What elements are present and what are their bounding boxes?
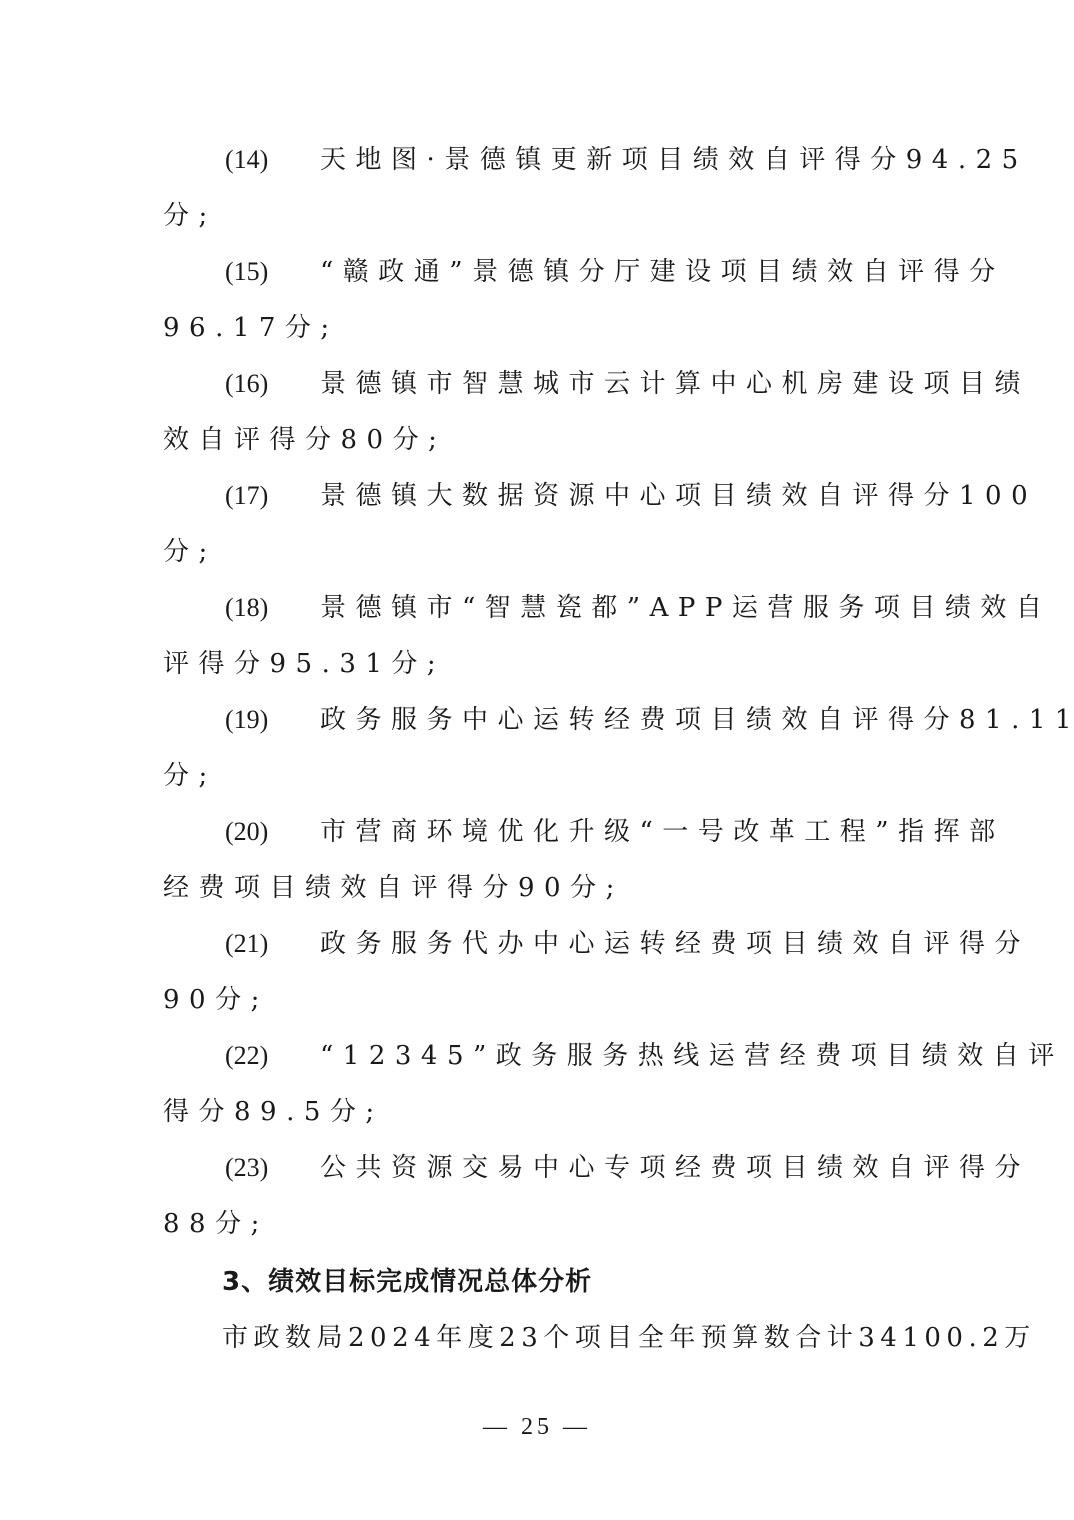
item-number: (21): [225, 924, 320, 964]
item-text: 景德镇市“智慧瓷都”APP运营服务项目绩效自: [320, 593, 1051, 623]
section-heading: 3、绩效目标完成情况总体分析: [222, 1262, 592, 1302]
list-item-20-line2: 经费项目绩效自评得分90分;: [163, 868, 913, 908]
item-number: (14): [225, 140, 320, 180]
list-item-21-line2: 90分;: [163, 980, 913, 1020]
item-number: (19): [225, 700, 320, 740]
list-item-22-line1: (22)“12345”政务服务热线运营经费项目绩效自评: [163, 1036, 913, 1076]
list-item-17-line1: (17)景德镇大数据资源中心项目绩效自评得分100: [163, 476, 913, 516]
list-item-14-line2: 分;: [163, 196, 913, 236]
list-item-21-line1: (21)政务服务代办中心运转经费项目绩效自评得分: [163, 924, 913, 964]
item-text: 公共资源交易中心专项经费项目绩效自评得分: [320, 1153, 1030, 1183]
item-text: 政务服务代办中心运转经费项目绩效自评得分: [320, 929, 1030, 959]
list-item-23-line1: (23)公共资源交易中心专项经费项目绩效自评得分: [163, 1148, 913, 1188]
list-item-20-line1: (20)市营商环境优化升级“一号改革工程”指挥部: [163, 812, 913, 852]
item-number: (23): [225, 1148, 320, 1188]
list-item-23-line2: 88分;: [163, 1204, 913, 1244]
item-text: 天地图·景德镇更新项目绩效自评得分94.25: [320, 145, 1028, 175]
item-number: (20): [225, 812, 320, 852]
list-item-18-line1: (18)景德镇市“智慧瓷都”APP运营服务项目绩效自: [163, 588, 913, 628]
item-number: (18): [225, 588, 320, 628]
item-text: “赣政通”景德镇分厅建设项目绩效自评得分: [320, 257, 1005, 287]
list-item-22-line2: 得分89.5分;: [163, 1092, 913, 1132]
list-item-19-line2: 分;: [163, 756, 913, 796]
list-item-17-line2: 分;: [163, 532, 913, 572]
list-item-14-line1: (14)天地图·景德镇更新项目绩效自评得分94.25: [163, 140, 913, 180]
list-item-16-line2: 效自评得分80分;: [163, 420, 913, 460]
item-text: 景德镇市智慧城市云计算中心机房建设项目绩: [320, 369, 1030, 399]
item-text: 政务服务中心运转经费项目绩效自评得分81.11: [320, 705, 1074, 735]
page-number: — 25 —: [0, 1407, 1074, 1447]
body-paragraph-line: 市政数局2024年度23个项目全年预算数合计34100.2万: [222, 1318, 914, 1358]
list-item-15-line1: (15)“赣政通”景德镇分厅建设项目绩效自评得分: [163, 252, 913, 292]
item-number: (22): [225, 1036, 320, 1076]
item-text: 景德镇大数据资源中心项目绩效自评得分100: [320, 481, 1037, 511]
item-number: (15): [225, 252, 320, 292]
item-number: (16): [225, 364, 320, 404]
item-number: (17): [225, 476, 320, 516]
list-item-19-line1: (19)政务服务中心运转经费项目绩效自评得分81.11: [163, 700, 913, 740]
list-item-16-line1: (16)景德镇市智慧城市云计算中心机房建设项目绩: [163, 364, 913, 404]
item-text: “12345”政务服务热线运营经费项目绩效自评: [320, 1041, 1064, 1071]
list-item-15-line2: 96.17分;: [163, 308, 913, 348]
item-text: 市营商环境优化升级“一号改革工程”指挥部: [320, 817, 1005, 847]
list-item-18-line2: 评得分95.31分;: [163, 644, 913, 684]
document-page: (14)天地图·景德镇更新项目绩效自评得分94.25 分; (15)“赣政通”景…: [0, 0, 1074, 1520]
